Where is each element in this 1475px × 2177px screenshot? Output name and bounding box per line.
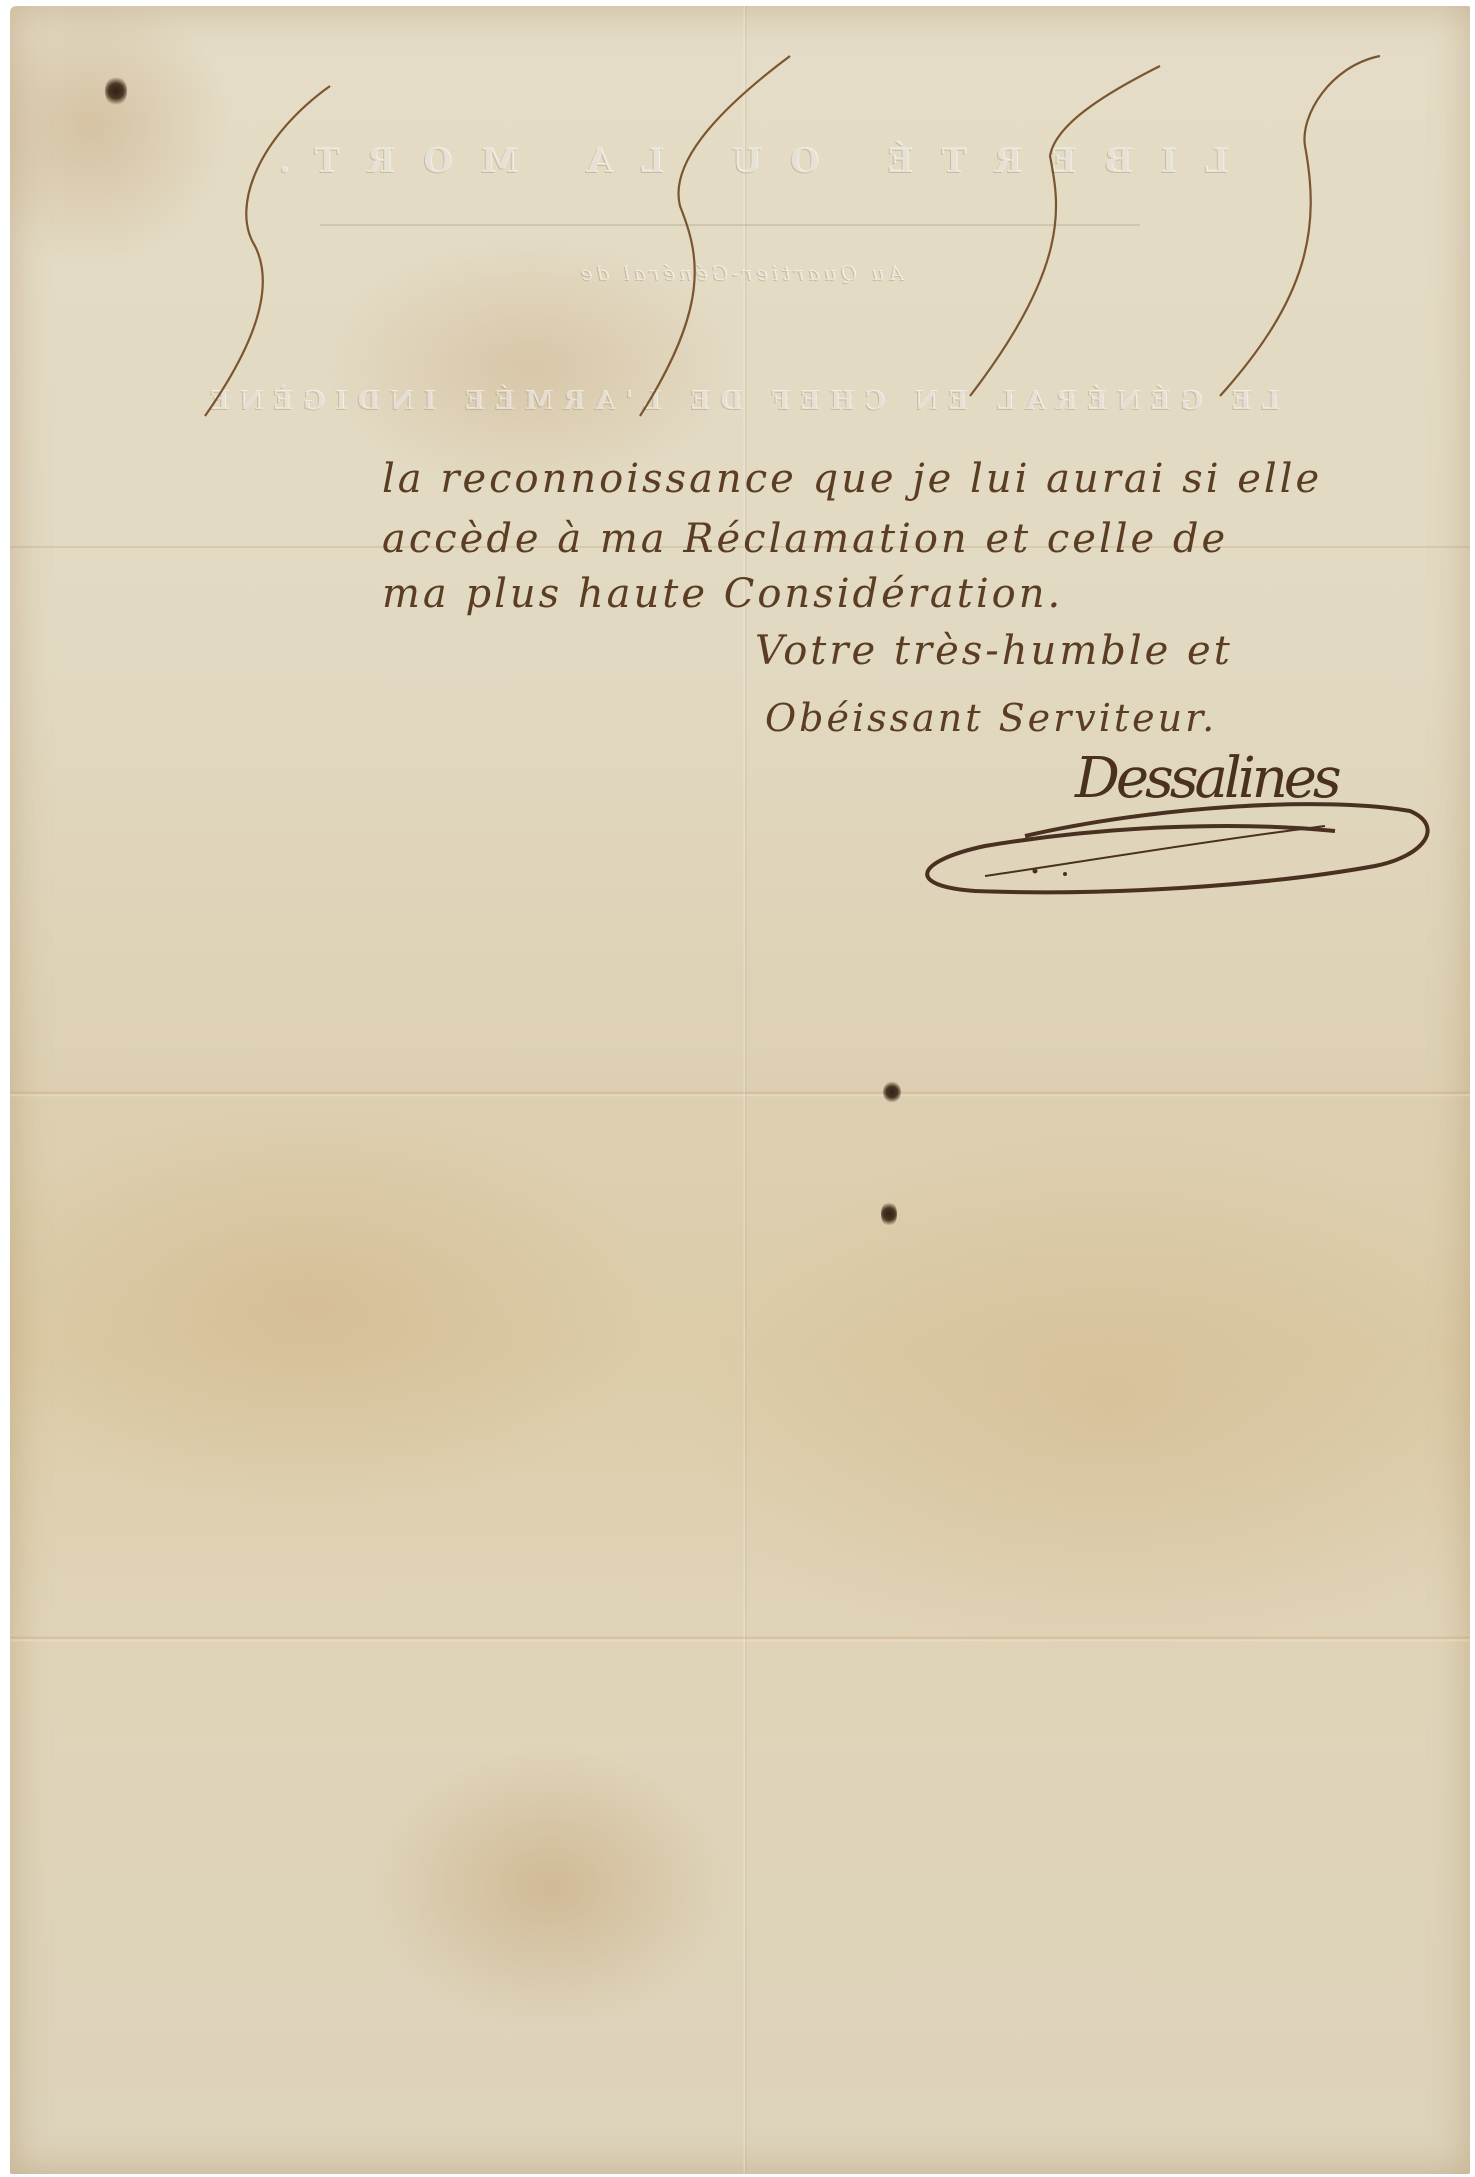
letter-closing-line: Votre très-humble et xyxy=(755,628,1233,674)
letter-body-line: la reconnoissance que je lui aurai si el… xyxy=(382,456,1322,502)
document-page: LIBERTÉ OU LA MORT. Au Quartier-Général … xyxy=(10,6,1470,2174)
ink-spot xyxy=(881,1201,897,1227)
letter-body-line: accède à ma Réclamation et celle de xyxy=(382,516,1228,562)
letter-closing-line: Obéissant Serviteur. xyxy=(765,696,1217,740)
ink-spot xyxy=(883,1081,901,1103)
horizontal-fold xyxy=(10,1636,1470,1642)
decorative-pen-strokes xyxy=(10,6,1470,456)
signature-paraph xyxy=(905,746,1445,916)
horizontal-fold xyxy=(10,1091,1470,1097)
signature-block: Dessalines xyxy=(905,746,1445,916)
letter-body-line: ma plus haute Considération. xyxy=(382,571,1063,617)
